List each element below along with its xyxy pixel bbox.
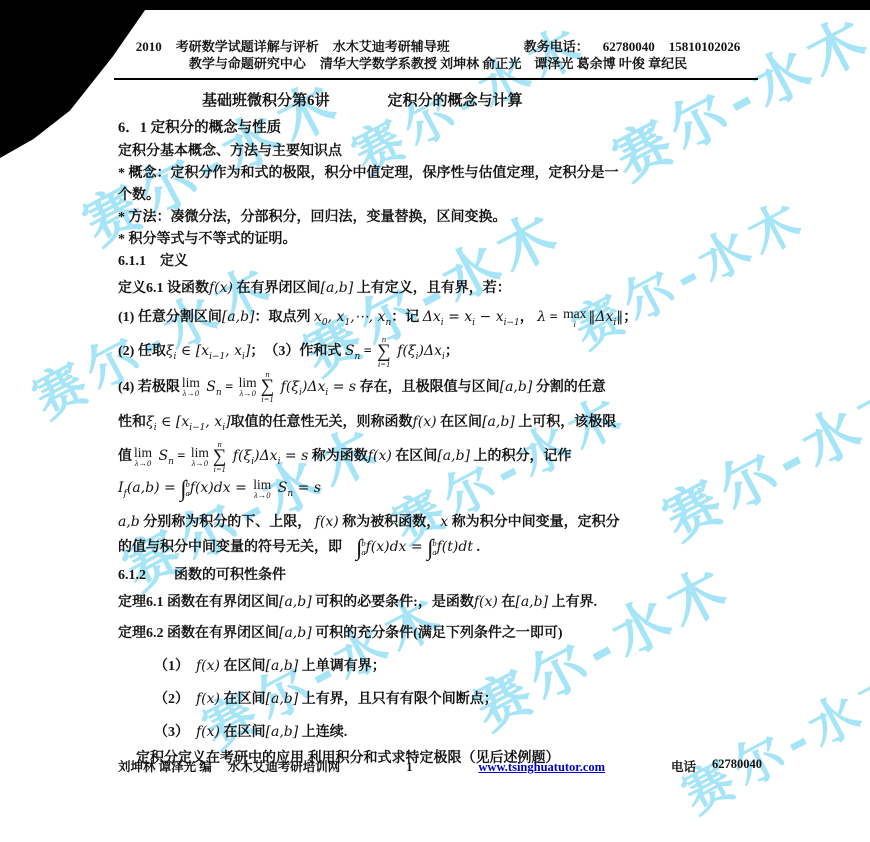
- footer-left-group: 刘坤林 谭泽光 编 水木艾迪考研培训网: [118, 757, 340, 775]
- math-run: − x: [475, 309, 504, 325]
- text-run: 值: [118, 449, 132, 464]
- math-run: [a,b]: [266, 658, 299, 674]
- text-run: =: [546, 310, 561, 325]
- math-run: (a,b) =: [127, 480, 180, 496]
- text-run: 称为被积函数，: [339, 515, 441, 530]
- footer-phone: 62780040: [712, 757, 762, 775]
- math-run: [a,b]: [437, 448, 470, 464]
- text-run: * 积分等式与不等式的证明。: [118, 232, 297, 247]
- text-run: =: [222, 380, 237, 395]
- operator-limit: λ→0: [183, 389, 199, 398]
- text-run: 存在，且极限值与区间: [356, 380, 500, 395]
- document-title: 基础班微积分第6讲 定积分的概念与计算: [202, 92, 758, 110]
- bold-text-run: 定理6.2: [118, 626, 164, 641]
- text-run: 设函数: [164, 281, 210, 296]
- footer-url-link[interactable]: www.tsinghuatutor.com: [478, 760, 605, 775]
- text-run: 取值的任意性无关，则称函数: [231, 415, 413, 430]
- text-line: 6.1.2 函数的可积性条件: [118, 566, 758, 586]
- header-divider: [114, 78, 758, 80]
- math-run: f(t)dt: [437, 539, 473, 555]
- sum-operator: n∑i=1: [261, 370, 275, 404]
- operator-limit: λ→0: [239, 389, 255, 398]
- text-run: 函数在有界闭区间: [164, 595, 280, 610]
- text-run: * 方法：凑微分法，分部积分，回归法，变量替换，区间变换。: [118, 210, 507, 225]
- bold-text-run: 定理6.1: [118, 595, 164, 610]
- bold-text-run: 定义6.1: [118, 281, 164, 296]
- page-content: 2010 考研数学试题详解与评析 水木艾迪考研辅导班 教务电话： 6278004…: [0, 0, 870, 769]
- operator-limit: λ→0: [254, 491, 270, 500]
- document-title-part1: 基础班微积分第6讲: [202, 92, 330, 110]
- page-header: 2010 考研数学试题详解与评析 水木艾迪考研辅导班 教务电话： 6278004…: [118, 38, 758, 80]
- math-run: a,b: [118, 514, 140, 530]
- math-run: [a,b]: [482, 414, 515, 430]
- math-run: ,⋯, x: [350, 309, 385, 325]
- text-line: （1） f(x) 在区间[a,b] 上单调有界；: [154, 656, 758, 677]
- footer-site: 水木艾迪考研培训网: [228, 757, 341, 775]
- text-run: 上有界.: [548, 595, 597, 610]
- math-run: S: [273, 480, 287, 496]
- text-line: 定理6.2 函数在有界闭区间[a,b] 可积的充分条件(满足下列条件之一即可): [118, 623, 758, 644]
- lim-operator: limλ→0: [182, 376, 200, 398]
- text-run: 可积的充分条件(满足下列条件之一即可): [312, 626, 563, 641]
- header-spacer: [464, 38, 510, 55]
- text-line: * 积分等式与不等式的证明。: [118, 230, 758, 250]
- math-run: f(x): [209, 280, 233, 296]
- sum-operator: n∑i=1: [377, 335, 391, 369]
- text-run: 可积的必要条件:，是函数: [312, 595, 474, 610]
- text-run: ； （3）作和式: [250, 344, 345, 359]
- header-center-name: 教学与命题研究中心: [189, 55, 306, 72]
- math-run: [a,b]: [500, 379, 533, 395]
- math-run: S: [154, 448, 168, 464]
- header-phone-1: 62780040: [603, 38, 655, 55]
- text-run: 在区间: [437, 415, 483, 430]
- text-line: * 方法：凑微分法，分部积分，回归法，变量替换，区间变换。: [118, 208, 758, 228]
- text-run: 上连续.: [298, 725, 347, 740]
- sum-lower-limit: i=1: [213, 465, 225, 474]
- integral-operator: ∫ba: [356, 539, 366, 557]
- text-run: .: [473, 540, 480, 555]
- sigma-glyph: ∑: [261, 379, 275, 395]
- text-run: 在区间: [220, 659, 266, 674]
- text-run: 上有界，且只有有限个间断点；: [298, 692, 498, 707]
- math-run: , x: [225, 343, 242, 359]
- math-run: [a,b]: [266, 691, 299, 707]
- text-line: （2） f(x) 在区间[a,b] 上有界，且只有有限个间断点；: [154, 689, 758, 710]
- text-run: 函数在有界闭区间: [164, 626, 280, 641]
- text-line: 性和ξi ∈ [xi−1, xi]取值的任意性无关，则称函数f(x) 在区间[a…: [118, 412, 758, 438]
- header-line-2: 教学与命题研究中心 清华大学数学系教授 刘坤林 俞正光 谭泽光 葛余博 叶俊 章…: [118, 55, 758, 72]
- text-line: 定积分基本概念、方法与主要知识点: [118, 142, 758, 162]
- math-run: = x: [444, 309, 473, 325]
- bold-text-run: 定积分基本概念、方法与主要知识点: [118, 144, 342, 159]
- text-run: (1) 任意分割区间: [118, 310, 222, 325]
- operator-limit: i: [574, 320, 576, 329]
- math-run: )Δx: [302, 379, 325, 395]
- math-run: ∈ [x: [176, 343, 209, 359]
- text-line: 定理6.1 函数在有界闭区间[a,b] 可积的必要条件:，是函数f(x) 在[a…: [118, 592, 758, 613]
- lim-operator: limλ→0: [239, 376, 257, 398]
- math-run: [a,b]: [321, 280, 354, 296]
- page-number: 1: [406, 760, 412, 775]
- math-run: , x: [205, 414, 222, 430]
- text-line: 定义6.1 设函数f(x) 在有界闭区间[a,b] 上有定义，且有界，若：: [118, 278, 758, 299]
- math-run: )Δx: [254, 448, 277, 464]
- text-line: (2) 任取ξi ∈ [xi−1, xi]； （3）作和式 Sn = n∑i=1…: [118, 341, 758, 367]
- footer-phone-group: 电话 62780040: [671, 757, 762, 775]
- text-run: 在区间: [220, 692, 266, 707]
- text-run: 上单调有界；: [298, 659, 386, 674]
- math-run: ξ: [166, 343, 174, 359]
- text-run: （2）: [154, 692, 196, 707]
- text-run: ：记: [391, 310, 423, 325]
- operator-name: lim: [253, 478, 271, 491]
- header-phone-2: 15810102026: [669, 38, 741, 55]
- operator-name: max: [563, 307, 586, 320]
- math-run: f(x)dx =: [366, 539, 428, 555]
- text-run: 分别称为积分的下、上限，: [140, 515, 315, 530]
- text-run: =: [360, 344, 375, 359]
- math-run: f(ξ: [228, 448, 251, 464]
- math-run: f(x): [196, 691, 220, 707]
- math-run: = s: [280, 448, 308, 464]
- text-line: a,b 分别称为积分的下、上限， f(x) 称为被积函数，x 称为积分中间变量，…: [118, 512, 758, 533]
- math-run: ξ: [146, 414, 154, 430]
- sum-operator: n∑i=1: [213, 440, 227, 474]
- math-run: , x: [328, 309, 345, 325]
- text-run: ；: [623, 310, 637, 325]
- text-line: If(a,b) = ∫baf(x)dx = limλ→0 Sn = s: [118, 478, 758, 504]
- lim-operator: limλ→0: [253, 478, 271, 500]
- math-run: f(x)dx =: [190, 480, 252, 496]
- text-run: 在: [498, 595, 516, 610]
- math-run: Δx: [423, 309, 441, 325]
- math-run: f(ξ: [393, 343, 416, 359]
- subscript: i−1: [189, 423, 205, 433]
- text-run: * 概念：定积分作为和式的极限，积分中值定理，保序性与估值定理，定积分是一: [118, 166, 619, 181]
- subscript: i−1: [209, 352, 225, 362]
- header-staff: 清华大学数学系教授 刘坤林 俞正光 谭泽光 葛余博 叶俊 章纪民: [320, 55, 687, 72]
- text-line: 个数。: [118, 186, 758, 206]
- math-run: x: [440, 514, 448, 530]
- lim-operator: limλ→0: [191, 446, 209, 468]
- text-line: 6.1.1 定义: [118, 252, 758, 272]
- text-run: ：取点列: [255, 310, 315, 325]
- footer-editors: 刘坤林 谭泽光 编: [118, 757, 212, 775]
- bold-text-run: 6.1.2 函数的可积性条件: [118, 568, 286, 583]
- text-line: * 概念：定积分作为和式的极限，积分中值定理，保序性与估值定理，定积分是一: [118, 164, 758, 184]
- bold-text-run: 6.1.1 定义: [118, 254, 188, 269]
- text-run: （3）: [154, 725, 196, 740]
- math-run: S: [202, 379, 216, 395]
- text-run: 上可积，该极限: [515, 415, 617, 430]
- text-run: =: [174, 449, 189, 464]
- math-run: )Δx: [419, 343, 442, 359]
- text-run: ；: [445, 344, 459, 359]
- math-run: ‖Δx: [588, 309, 613, 325]
- header-phone-label: 教务电话：: [524, 38, 589, 55]
- text-run: 在有界闭区间: [233, 281, 321, 296]
- page-footer: 刘坤林 谭泽光 编 水木艾迪考研培训网 1 www.tsinghuatutor.…: [118, 757, 762, 775]
- math-run: λ: [537, 309, 546, 325]
- header-line-1: 2010 考研数学试题详解与评析 水木艾迪考研辅导班 教务电话： 6278004…: [118, 38, 758, 55]
- math-run: f(x): [315, 514, 339, 530]
- sum-lower-limit: i=1: [261, 395, 273, 404]
- math-run: f(x): [368, 448, 392, 464]
- math-run: f(x): [413, 414, 437, 430]
- math-run: f(x): [196, 724, 220, 740]
- body-text-block: 定积分基本概念、方法与主要知识点* 概念：定积分作为和式的极限，积分中值定理，保…: [118, 142, 758, 769]
- footer-phone-label: 电话: [671, 757, 696, 775]
- text-run: 的值与积分中间变量的符号无关，即: [118, 540, 356, 555]
- math-run: [a,b]: [279, 594, 312, 610]
- document-page: 赛尔-水木赛尔-水木赛尔-水木赛尔-水木赛尔-水木赛尔-水木赛尔-水木赛尔-水木…: [0, 0, 870, 842]
- text-run: 在区间: [392, 449, 438, 464]
- math-run: [a,b]: [266, 724, 299, 740]
- header-edition: 2010: [136, 38, 162, 55]
- sigma-glyph: ∑: [213, 449, 227, 465]
- text-run: (2) 任取: [118, 344, 166, 359]
- text-run: 分割的任意: [532, 380, 606, 395]
- lim-operator: limλ→0: [134, 446, 152, 468]
- math-run: x: [314, 309, 322, 325]
- text-line: （3） f(x) 在区间[a,b] 上连续.: [154, 722, 758, 743]
- math-run: = s: [328, 379, 356, 395]
- integral-operator: ∫ba: [180, 480, 190, 498]
- operator-limit: λ→0: [192, 459, 208, 468]
- header-book-title: 考研数学试题详解与评析: [176, 38, 319, 55]
- text-run: 在区间: [220, 725, 266, 740]
- text-run: (4) 若极限: [118, 380, 180, 395]
- text-run: 上有定义，且有界，若：: [353, 281, 511, 296]
- text-line: (4) 若极限limλ→0 Sn = limλ→0n∑i=1 f(ξi)Δxi …: [118, 377, 758, 403]
- text-run: ，: [520, 310, 538, 325]
- math-run: ∈ [x: [157, 414, 190, 430]
- text-run: 上的积分，记作: [470, 449, 572, 464]
- math-run: [a,b]: [279, 625, 312, 641]
- text-run: （1）: [154, 659, 196, 674]
- math-run: = s: [293, 480, 321, 496]
- sigma-glyph: ∑: [377, 344, 391, 360]
- subscript: i−1: [504, 318, 520, 328]
- text-run: 称为积分中间变量，定积分: [448, 515, 620, 530]
- integral-operator: ∫ba: [427, 539, 437, 557]
- sum-lower-limit: i=1: [378, 360, 390, 369]
- math-run: f(x): [196, 658, 220, 674]
- section-heading: 6．1 定积分的概念与性质: [118, 118, 758, 138]
- text-run: 性和: [118, 415, 146, 430]
- text-line: 值limλ→0 Sn = limλ→0n∑i=1 f(ξi)Δxi = s 称为…: [118, 446, 758, 472]
- math-run: [a,b]: [222, 309, 255, 325]
- math-run: f(x): [474, 594, 498, 610]
- operator-limit: λ→0: [135, 459, 151, 468]
- text-line: (1) 任意分割区间[a,b]：取点列 x0, x1,⋯, xn：记 Δxi =…: [118, 307, 758, 333]
- math-run: f(ξ: [276, 379, 299, 395]
- document-title-part2: 定积分的概念与计算: [388, 92, 523, 110]
- max-operator: maxi: [563, 307, 586, 329]
- text-run: 称为函数: [308, 449, 368, 464]
- text-line: 的值与积分中间变量的符号无关，即 ∫baf(x)dx = ∫baf(t)dt .: [118, 537, 758, 558]
- header-org: 水木艾迪考研辅导班: [333, 38, 450, 55]
- text-run: 个数。: [118, 188, 160, 203]
- math-run: [a,b]: [515, 594, 548, 610]
